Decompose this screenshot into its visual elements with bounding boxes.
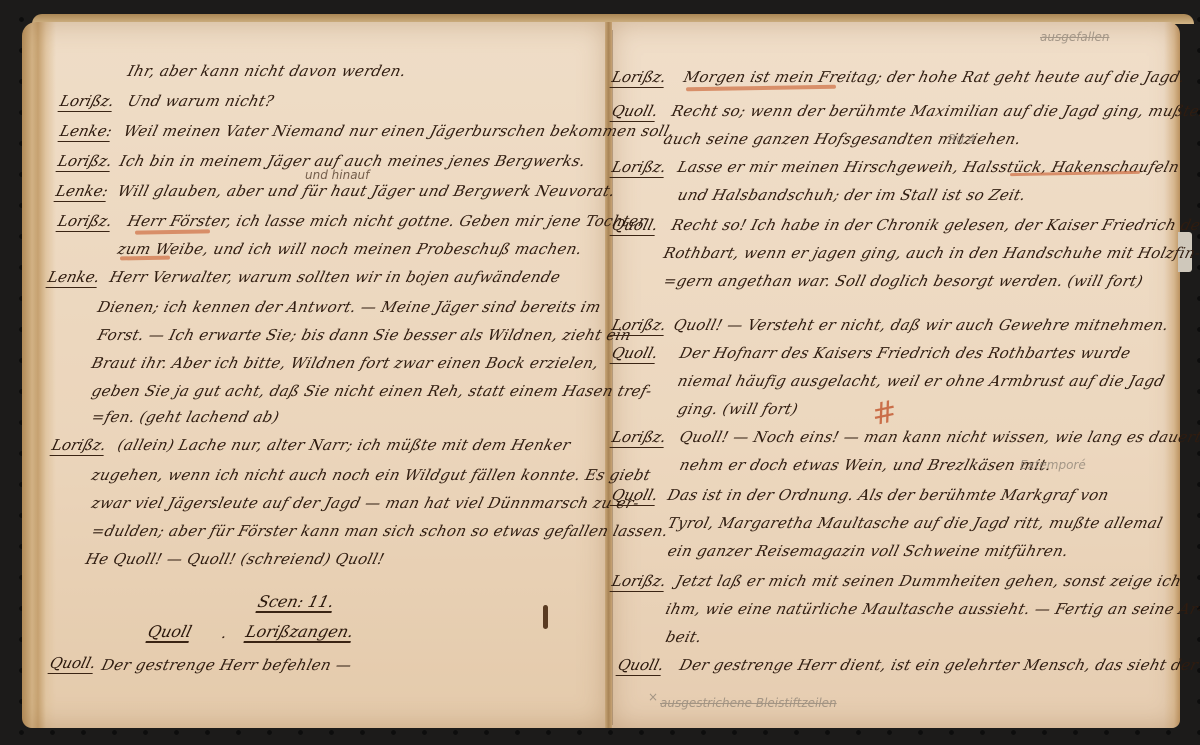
- text-line: und Halsbandschuh; der im Stall ist so Z…: [676, 186, 1028, 204]
- text-line: nehm er doch etwas Wein, und Brezlkäsen …: [678, 456, 1054, 474]
- text-line: Quoll! — Versteht er nicht, daß wir auch…: [672, 316, 1171, 334]
- text-line: Ihr, aber kann nicht davon werden.: [126, 62, 408, 80]
- text-line: zum Weibe, und ich will noch meinen Prob…: [116, 240, 584, 258]
- speaker-label: Quoll.: [610, 486, 660, 506]
- scene-character: Lorißzangen.: [243, 622, 355, 643]
- text-line: beit.: [664, 628, 704, 646]
- speaker-label: Lenke.: [46, 268, 102, 288]
- text-line: Braut ihr. Aber ich bitte, Wildnen fort …: [90, 354, 601, 372]
- text-line: Quoll! — Noch eins! — man kann nicht wis…: [678, 428, 1200, 446]
- text-line: Der Hofnarr des Kaisers Friedrich des Ro…: [678, 344, 1133, 362]
- text-line: ein ganzer Reisemagazin voll Schweine mi…: [666, 542, 1071, 560]
- speaker-label: Quoll.: [610, 344, 660, 364]
- speaker-label: Quoll.: [610, 216, 660, 236]
- corner-pencil-note: ausgefallen: [1040, 30, 1109, 44]
- interlinear-insertion: und hinauf: [305, 168, 369, 182]
- scene-header: Scen: 11.: [255, 592, 336, 613]
- text-line: =gern angethan war. Soll doglich besorgt…: [662, 272, 1145, 290]
- text-line: (allein) Lache nur, alter Narr; ich müßt…: [116, 436, 573, 454]
- text-line: Tyrol, Margaretha Maultasche auf die Jag…: [666, 514, 1165, 532]
- struck-pencil-lines: ausgestrichene Bleistiftzeilen: [660, 696, 837, 710]
- text-line: Der gestrenge Herr dient, ist ein gelehr…: [678, 656, 1200, 674]
- text-line: ging. (will fort): [676, 400, 800, 418]
- text-line: niemal häufig ausgelacht, weil er ohne A…: [676, 372, 1167, 390]
- speaker-label: Quoll.: [616, 656, 666, 676]
- text-line: ihm, wie eine natürliche Maultasche auss…: [664, 600, 1200, 618]
- text-line: Und warum nicht?: [126, 92, 276, 110]
- text-line: Dienen; ich kennen der Antwort. — Meine …: [96, 298, 603, 316]
- pencil-note-extempore: Extemporé: [1020, 458, 1086, 472]
- ink-blot: [543, 605, 548, 629]
- scene-character: Quoll: [145, 622, 194, 643]
- speaker-label: Lorißz.: [610, 68, 669, 88]
- speaker-label: Quoll.: [48, 654, 98, 674]
- text-line: Recht so! Ich habe in der Chronik gelese…: [670, 216, 1200, 234]
- text-line: He Quoll! — Quoll! (schreiend) Quoll!: [84, 550, 387, 568]
- speaker-label: Lorißz.: [610, 158, 669, 178]
- speaker-label: Lorißz.: [58, 92, 117, 112]
- pencil-x-mark: ×: [648, 690, 658, 704]
- speaker-label: Lorißz.: [610, 428, 669, 448]
- text-line: Herr Förster, ich lasse mich nicht gottn…: [126, 212, 648, 230]
- text-line: =dulden; aber für Förster kann man sich …: [90, 522, 670, 540]
- text-line: Das ist in der Ordnung. Als der berühmte…: [666, 486, 1111, 504]
- text-line: Will glauben, aber und für haut Jäger un…: [116, 182, 617, 200]
- text-line: zwar viel Jägersleute auf der Jagd — man…: [90, 494, 641, 512]
- text-line: Morgen ist mein Freitag; der hohe Rat ge…: [682, 68, 1187, 86]
- speaker-label: Lenke:: [54, 182, 111, 202]
- text-line: Herr Verwalter, warum sollten wir in boj…: [108, 268, 563, 286]
- text-line: Forst. — Ich erwarte Sie; bis dann Sie b…: [96, 326, 633, 344]
- text-line: Jetzt laß er mich mit seinen Dummheiten …: [674, 572, 1184, 590]
- speaker-label: Lorißz.: [50, 436, 109, 456]
- speaker-label: Lorißz.: [56, 152, 115, 172]
- text-line: Rothbart, wenn er jagen ging, auch in de…: [662, 244, 1200, 262]
- text-line: =fen. (geht lachend ab): [90, 408, 281, 426]
- speaker-label: Lorißz.: [56, 212, 115, 232]
- speaker-label: Quoll.: [610, 102, 660, 122]
- speaker-label: Lorißz.: [610, 316, 669, 336]
- text-line: Weil meinen Vater Niemand nur einen Jäge…: [122, 122, 677, 140]
- text-line: Recht so; wenn der berühmte Maximilian a…: [670, 102, 1200, 120]
- text-line: zugehen, wenn ich nicht auch noch ein Wi…: [90, 466, 653, 484]
- text-line: geben Sie ja gut acht, daß Sie nicht ein…: [90, 382, 654, 400]
- speaker-label: Lenke:: [58, 122, 115, 142]
- text-line: Der gestrenge Herr befehlen —: [100, 656, 354, 674]
- pencil-note: Rd 4: [948, 132, 975, 146]
- speaker-label: Lorißz.: [610, 572, 669, 592]
